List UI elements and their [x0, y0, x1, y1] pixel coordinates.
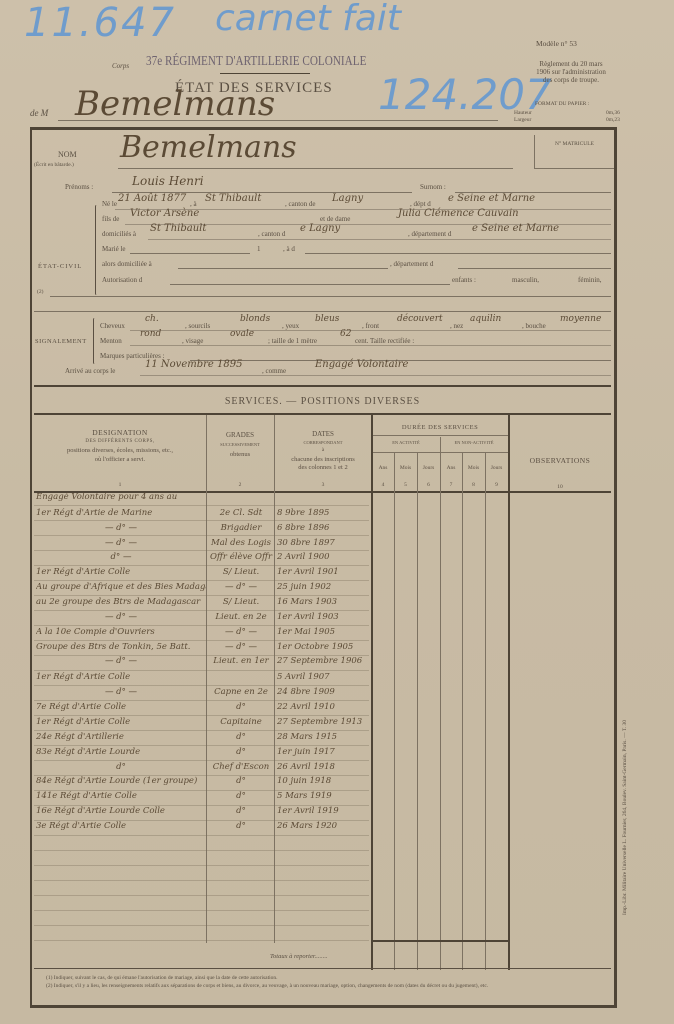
marie-line — [130, 253, 250, 254]
designation-sub1: DES DIFFÉRENTS CORPS, — [34, 437, 206, 446]
row-designation: 1er Régt d'Artie de Marine — [36, 508, 206, 518]
row-date: 26 Avril 1918 — [277, 762, 371, 772]
ruled-line — [34, 535, 369, 536]
row-grade: — d° — — [208, 627, 274, 637]
arrive-line — [140, 375, 611, 376]
sourcils-label: , sourcils — [185, 322, 210, 330]
a-label: , à — [190, 200, 197, 208]
etat-civil-brace — [95, 205, 98, 295]
jours-header-1: Jours — [417, 465, 440, 471]
cheveux-label: Cheveux — [100, 322, 125, 330]
row-grade: Mal des Logis — [208, 538, 274, 548]
row-date: 30 8bre 1897 — [277, 538, 371, 548]
canton-value: Lagny — [332, 193, 363, 204]
row-grade: d° — [208, 702, 274, 712]
services-title-rule — [34, 413, 611, 415]
cheveux-line — [130, 330, 611, 331]
comme-value: Engagé Volontaire — [315, 359, 408, 370]
services-title: SERVICES. — POSITIONS DIVERSES — [30, 396, 615, 407]
dates-sub4: des colonnes 1 et 2 — [275, 464, 371, 473]
row-date: 1er Octobre 1905 — [277, 642, 371, 652]
alors-line — [178, 268, 388, 269]
ruled-line — [34, 610, 369, 611]
yeux-value: bleus — [315, 314, 339, 324]
row-grade: Capne en 2e — [208, 687, 274, 697]
totals-rule — [372, 940, 508, 942]
row-grade: S/ Lieut. — [208, 567, 274, 577]
row-designation: Engagé Volontaire pour 4 ans au — [36, 492, 206, 502]
ans-header-2: Ans — [440, 465, 462, 471]
departement2-line — [458, 268, 611, 269]
row-designation: au 2e groupe des Btrs de Madagascar — [36, 597, 206, 607]
frame-left — [30, 127, 32, 1007]
bouche-value: moyenne — [560, 314, 601, 324]
frame-right — [614, 127, 617, 1007]
ruled-line — [34, 730, 369, 731]
enfants-label: enfants : — [452, 276, 476, 284]
designation-header: DESIGNATION DES DIFFÉRENTS CORPS, positi… — [34, 428, 206, 464]
dates-sub3: chacune des inscriptions — [275, 456, 371, 465]
row-grade: 2e Cl. Sdt — [208, 508, 274, 518]
col-divider-3 — [371, 415, 373, 970]
annotation-carnet-fait: carnet fait — [215, 0, 401, 39]
reglement-line3: des corps de troupe. — [516, 76, 626, 84]
visage-label: , visage — [182, 337, 203, 345]
ruled-line — [34, 880, 369, 881]
taille-value: 62 — [340, 329, 351, 339]
masculin-label: masculin, — [512, 276, 539, 284]
col-divider-8 — [485, 453, 486, 970]
row-designation: 1er Régt d'Artie Colle — [36, 567, 206, 577]
yeux-label: , yeux — [282, 322, 299, 330]
bouche-label: , bouche — [522, 322, 546, 330]
document-page: 11.647 carnet fait 124.207 Corps 37e RÉG… — [0, 0, 674, 1024]
alors-label: alors domiciliée à — [102, 260, 152, 268]
cent-label: cent. Taille rectifiée : — [355, 337, 414, 345]
duree-title: DURÉE DES SERVICES — [372, 424, 508, 431]
col-divider-9 — [508, 415, 510, 970]
note-line-1 — [50, 296, 611, 297]
ruled-line — [34, 580, 369, 581]
prenoms-value: Louis Henri — [132, 174, 204, 188]
taille-label: ; taille de 1 mètre — [268, 337, 317, 345]
departement-value: e Seine et Marne — [472, 223, 559, 234]
row-designation: d° — [36, 762, 206, 772]
dates-sub1: CORRESPONDANT — [275, 439, 371, 448]
front-value: découvert — [397, 314, 443, 324]
ruled-line — [34, 910, 369, 911]
matricule-box: N° MATRICULE — [534, 135, 614, 169]
domicilies-label: domiciliés à — [102, 230, 136, 238]
dame-label: et de dame — [320, 215, 350, 223]
row-date: 1er Mai 1905 — [277, 627, 371, 637]
col-divider-4 — [394, 453, 395, 970]
col-num-8: 8 — [462, 482, 485, 488]
feminin-label: féminin, — [578, 276, 602, 284]
nom-label: NOM — [58, 150, 77, 159]
marie-label: Marié le — [102, 245, 126, 253]
row-grade: Lieut. en 1er — [208, 656, 274, 666]
row-date: 5 Mars 1919 — [277, 791, 371, 801]
row-date: 28 Mars 1915 — [277, 732, 371, 742]
note-line-2 — [34, 311, 611, 312]
col-num-4: 4 — [372, 482, 394, 488]
dep-value: e Seine et Marne — [448, 193, 535, 204]
col-num-9: 9 — [485, 482, 508, 488]
front-label: , front — [362, 322, 379, 330]
non-activite-title: EN NON-ACTIVITÉ — [440, 440, 508, 445]
surnom-label: Surnom : — [420, 183, 446, 191]
fils-de-value: Victor Arsène — [130, 208, 199, 219]
ne-le-value: 21 Août 1877 — [118, 193, 186, 204]
ans-header-1: Ans — [372, 465, 394, 471]
footnote-1: (1) Indiquer, suivant le cas, de qui éma… — [40, 974, 610, 982]
designation-title: DESIGNATION — [34, 428, 206, 437]
row-grade: Brigadier — [208, 523, 274, 533]
frame-top — [30, 127, 616, 130]
row-designation: 84e Régt d'Artie Lourde (1er groupe) — [36, 776, 206, 786]
a-value: St Thibault — [205, 193, 261, 204]
largeur-value: 0m,23 — [606, 117, 620, 123]
row-date: 1er Avril 1903 — [277, 612, 371, 622]
prenoms-label: Prénoms : — [65, 183, 93, 191]
imprint: Imp.-Libr. Militaire Universelle L. Four… — [622, 720, 628, 915]
row-date: 1er Avril 1901 — [277, 567, 371, 577]
hauteur-value: 0m,36 — [606, 110, 620, 116]
row-designation: — d° — — [36, 538, 206, 548]
ruled-line — [34, 505, 369, 506]
ruled-line — [34, 925, 369, 926]
note-marker: (2) — [37, 289, 43, 295]
footnotes: (1) Indiquer, suivant le cas, de qui éma… — [40, 974, 610, 990]
ruled-line — [34, 640, 369, 641]
ruled-line — [34, 715, 369, 716]
row-designation: — d° — — [36, 612, 206, 622]
comme-label: , comme — [262, 367, 286, 375]
ruled-line — [34, 835, 369, 836]
visage-value: ovale — [230, 329, 254, 339]
row-date: 27 Septembre 1906 — [277, 656, 371, 666]
nez-value: aquilin — [470, 314, 501, 324]
row-grade: — d° — — [208, 582, 274, 592]
row-date: 8 9bre 1895 — [277, 508, 371, 518]
col-num-5: 5 — [394, 482, 417, 488]
grades-sub2: obtenus — [207, 450, 273, 460]
largeur-label: Largeur — [514, 117, 531, 123]
row-grade: S/ Lieut. — [208, 597, 274, 607]
menton-line — [130, 345, 611, 346]
row-date: 16 Mars 1903 — [277, 597, 371, 607]
ruled-line — [34, 520, 369, 521]
signalement-brace — [93, 318, 96, 364]
row-designation: Au groupe d'Afrique et des Bies Madagasc… — [36, 582, 206, 592]
row-date: 6 8bre 1896 — [277, 523, 371, 533]
arrive-label: Arrivé au corps le — [65, 367, 115, 375]
activite-title: EN ACTIVITÉ — [372, 440, 440, 445]
menton-label: Menton — [100, 337, 122, 345]
row-date: 1er Avril 1919 — [277, 806, 371, 816]
ruled-line — [34, 550, 369, 551]
modele-number: Modèle n° 53 — [536, 39, 577, 48]
nom-sub-label: (Écrit en bâtarde.) — [34, 162, 74, 168]
ne-le-label: Né le — [102, 200, 117, 208]
de-m-line — [58, 120, 498, 121]
row-designation: 16e Régt d'Artie Lourde Colle — [36, 806, 206, 816]
frame-bottom — [30, 1005, 617, 1008]
sourcils-value: blonds — [240, 314, 270, 324]
row-date: 27 Septembre 1913 — [277, 717, 371, 727]
col-divider-5 — [417, 453, 418, 970]
cheveux-value: ch. — [145, 314, 159, 324]
ruled-line — [34, 625, 369, 626]
row-designation: Groupe des Btrs de Tonkin, 5e Batt. — [36, 642, 206, 652]
fils-de-label: fils de — [102, 215, 119, 223]
arrive-value: 11 Novembre 1895 — [145, 359, 242, 370]
row-designation: 24e Régt d'Artillerie — [36, 732, 206, 742]
row-designation: — d° — — [36, 523, 206, 533]
etat-civil-label: ÉTAT-CIVIL — [38, 263, 82, 270]
col-divider-2 — [274, 415, 275, 943]
ruled-line — [34, 760, 369, 761]
row-date: 24 8bre 1909 — [277, 687, 371, 697]
ruled-line — [34, 850, 369, 851]
ruled-line — [34, 565, 369, 566]
row-grade: d° — [208, 806, 274, 816]
nez-label: , nez — [450, 322, 463, 330]
canton-label: , canton de — [285, 200, 316, 208]
col-num-10: 10 — [510, 484, 610, 490]
grades-sub1: SUCCESSIVEMENT — [207, 440, 273, 450]
row-grade: d° — [208, 791, 274, 801]
corps-stamp: 37e RÉGIMENT D'ARTILLERIE COLONIALE — [146, 54, 366, 70]
row-grade: Offr élève Offr — [208, 552, 274, 562]
footnote-2: (2) Indiquer, s'il y a lieu, les renseig… — [40, 982, 610, 990]
ruled-line — [34, 940, 369, 941]
canton2-label: , canton d — [258, 230, 285, 238]
reglement-line2: 1906 sur l'administration — [516, 68, 626, 76]
row-grade: Chef d'Escon — [208, 762, 274, 772]
dep-label: , dépt d — [410, 200, 431, 208]
totaux-label: Totaux à reporter........ — [270, 953, 328, 960]
row-designation: 7e Régt d'Artie Colle — [36, 702, 206, 712]
corps-label: Corps — [112, 62, 129, 70]
col-divider-6 — [440, 437, 441, 970]
designation-sub2: positions diverses, écoles, missions, et… — [34, 446, 206, 455]
ruled-line — [34, 670, 369, 671]
row-designation: 83e Régt d'Artie Lourde — [36, 747, 206, 757]
col-num-7: 7 — [440, 482, 462, 488]
de-m-value: Bemelmans — [75, 84, 275, 124]
col-num-6: 6 — [417, 482, 440, 488]
ruled-line — [34, 865, 369, 866]
row-grade: d° — [208, 821, 274, 831]
reglement-line1: Règlement du 20 mars — [516, 60, 626, 68]
row-grade: d° — [208, 732, 274, 742]
jours-header-2: Jours — [485, 465, 508, 471]
departement-label: , département d — [408, 230, 451, 238]
col-num-3: 3 — [275, 482, 371, 488]
domicilies-line — [148, 239, 611, 240]
row-designation: 141e Régt d'Artie Colle — [36, 791, 206, 801]
col-divider-1 — [206, 415, 207, 943]
departement2-label: , département d — [390, 260, 433, 268]
mois-header-1: Mois — [394, 465, 417, 471]
row-date: 2 Avril 1900 — [277, 552, 371, 562]
designation-sub3: où l'officier a servi. — [34, 455, 206, 464]
canton2-value: e Lagny — [300, 223, 340, 234]
matricule-label: N° MATRICULE — [535, 141, 614, 147]
grades-title: GRADES — [207, 430, 273, 440]
dame-value: Julia Clémence Cauvain — [398, 208, 519, 219]
row-designation: d° — — [36, 552, 206, 562]
signalement-bottom-rule — [34, 385, 611, 387]
ruled-line — [34, 745, 369, 746]
row-date: 5 Avril 1907 — [277, 672, 371, 682]
col-num-2: 2 — [207, 482, 273, 488]
row-grade: d° — [208, 747, 274, 757]
row-grade: — d° — — [208, 642, 274, 652]
col-divider-7 — [462, 453, 463, 970]
dates-header: DATES CORRESPONDANT à chacune des inscri… — [275, 430, 371, 473]
menton-value: rond — [140, 329, 161, 339]
annotation-number-top: 11.647 — [24, 0, 176, 46]
nom-line — [118, 168, 513, 169]
domicilies-value: St Thibault — [150, 223, 206, 234]
row-grade: d° — [208, 776, 274, 786]
row-designation: — d° — — [36, 656, 206, 666]
de-m-label: de M — [30, 108, 48, 118]
row-date: 22 Avril 1910 — [277, 702, 371, 712]
row-date: 25 juin 1902 — [277, 582, 371, 592]
autorisation-line — [170, 284, 450, 285]
grades-header: GRADES SUCCESSIVEMENT obtenus — [207, 430, 273, 460]
dates-title: DATES — [275, 430, 371, 439]
row-date: 10 juin 1918 — [277, 776, 371, 786]
marie-a-label: , à d — [283, 245, 295, 253]
row-date: 1er juin 1917 — [277, 747, 371, 757]
col-num-1: 1 — [34, 482, 206, 488]
autorisation-label: Autorisation d — [102, 276, 142, 284]
row-designation: A la 10e Compie d'Ouvriers — [36, 627, 206, 637]
dates-sub2: à — [275, 447, 371, 456]
totals-bottom-rule — [34, 968, 611, 969]
mois-header-2: Mois — [462, 465, 485, 471]
ruled-line — [34, 895, 369, 896]
duree-rule — [372, 435, 508, 436]
marie-a-line — [305, 253, 611, 254]
header-ornament — [220, 73, 310, 74]
row-designation: 1er Régt d'Artie Colle — [36, 717, 206, 727]
observations-title: OBSERVATIONS — [510, 456, 610, 465]
ruled-line — [34, 700, 369, 701]
row-grade: Lieut. en 2e — [208, 612, 274, 622]
row-designation: 3e Régt d'Artie Colle — [36, 821, 206, 831]
reglement-note: Règlement du 20 mars 1906 sur l'administ… — [516, 60, 626, 84]
row-date: 26 Mars 1920 — [277, 821, 371, 831]
marie-mid: 1 — [257, 245, 261, 253]
row-grade: Capitaine — [208, 717, 274, 727]
row-designation: 1er Régt d'Artie Colle — [36, 672, 206, 682]
row-designation: — d° — — [36, 687, 206, 697]
nom-value: Bemelmans — [120, 130, 297, 165]
signalement-label: SIGNALEMENT — [35, 338, 87, 345]
hauteur-label: Hauteur — [514, 110, 532, 116]
format-title: FORMAT DU PAPIER : — [535, 101, 589, 107]
ruled-line — [34, 595, 369, 596]
ruled-line — [34, 685, 369, 686]
